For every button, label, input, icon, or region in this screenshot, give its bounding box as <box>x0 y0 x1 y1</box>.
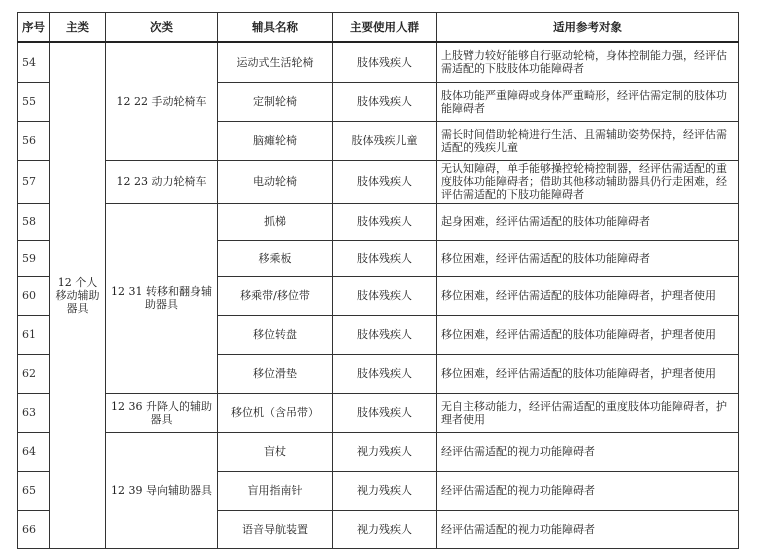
serial-cell: 55 <box>18 82 50 121</box>
sub-category-cell: 12 22 手动轮椅车 <box>106 42 218 160</box>
reference-cell: 移位困难，经评估需适配的肢体功能障碍者，护理者使用 <box>437 276 739 315</box>
user-group-cell: 肢体残疾人 <box>333 393 437 432</box>
reference-cell: 经评估需适配的视力功能障碍者 <box>437 471 739 510</box>
reference-cell: 需长时间借助轮椅进行生活、且需辅助姿势保持，经评估需适配的残疾儿童 <box>437 121 739 160</box>
table-row: 58 12 31 转移和翻身辅助器具 抓梯 肢体残疾人 起身困难，经评估需适配的… <box>18 203 739 240</box>
user-group-cell: 肢体残疾人 <box>333 160 437 203</box>
serial-cell: 60 <box>18 276 50 315</box>
reference-cell: 无自主移动能力，经评估需适配的重度肢体功能障碍者，护理者使用 <box>437 393 739 432</box>
sub-category-cell: 12 39 导向辅助器具 <box>106 432 218 548</box>
reference-cell: 移位困难，经评估需适配的肢体功能障碍者，护理者使用 <box>437 315 739 354</box>
reference-cell: 上肢臂力较好能够自行驱动轮椅，身体控制能力强，经评估需适配的下肢肢体功能障碍者 <box>437 42 739 82</box>
header-sub-category: 次类 <box>106 13 218 43</box>
table-header-row: 序号 主类 次类 辅具名称 主要使用人群 适用参考对象 <box>18 13 739 43</box>
device-name-cell: 电动轮椅 <box>218 160 333 203</box>
serial-cell: 61 <box>18 315 50 354</box>
user-group-cell: 肢体残疾人 <box>333 42 437 82</box>
user-group-cell: 肢体残疾人 <box>333 354 437 393</box>
serial-cell: 57 <box>18 160 50 203</box>
reference-cell: 经评估需适配的视力功能障碍者 <box>437 432 739 471</box>
device-name-cell: 脑瘫轮椅 <box>218 121 333 160</box>
device-name-cell: 语音导航装置 <box>218 510 333 548</box>
assistive-devices-table: 序号 主类 次类 辅具名称 主要使用人群 适用参考对象 54 12 个人移动辅助… <box>17 12 739 549</box>
header-serial: 序号 <box>18 13 50 43</box>
device-name-cell: 运动式生活轮椅 <box>218 42 333 82</box>
device-name-cell: 抓梯 <box>218 203 333 240</box>
serial-cell: 54 <box>18 42 50 82</box>
device-name-cell: 移位机（含吊带） <box>218 393 333 432</box>
user-group-cell: 肢体残疾人 <box>333 315 437 354</box>
user-group-cell: 肢体残疾儿童 <box>333 121 437 160</box>
serial-cell: 64 <box>18 432 50 471</box>
table-row: 63 12 36 升降人的辅助器具 移位机（含吊带） 肢体残疾人 无自主移动能力… <box>18 393 739 432</box>
header-device-name: 辅具名称 <box>218 13 333 43</box>
user-group-cell: 视力残疾人 <box>333 432 437 471</box>
user-group-cell: 肢体残疾人 <box>333 276 437 315</box>
reference-cell: 移位困难，经评估需适配的肢体功能障碍者，护理者使用 <box>437 354 739 393</box>
user-group-cell: 视力残疾人 <box>333 471 437 510</box>
serial-cell: 62 <box>18 354 50 393</box>
header-reference-target: 适用参考对象 <box>437 13 739 43</box>
serial-cell: 65 <box>18 471 50 510</box>
main-category-cell: 12 个人移动辅助器具 <box>50 42 106 548</box>
device-name-cell: 移乘带/移位带 <box>218 276 333 315</box>
device-name-cell: 定制轮椅 <box>218 82 333 121</box>
user-group-cell: 肢体残疾人 <box>333 203 437 240</box>
device-name-cell: 盲杖 <box>218 432 333 471</box>
header-user-group: 主要使用人群 <box>333 13 437 43</box>
reference-cell: 无认知障碍，单手能够操控轮椅控制器，经评估需适配的重度肢体功能障碍者；借助其他移… <box>437 160 739 203</box>
table-row: 54 12 个人移动辅助器具 12 22 手动轮椅车 运动式生活轮椅 肢体残疾人… <box>18 42 739 82</box>
serial-cell: 63 <box>18 393 50 432</box>
reference-cell: 起身困难，经评估需适配的肢体功能障碍者 <box>437 203 739 240</box>
serial-cell: 56 <box>18 121 50 160</box>
device-name-cell: 盲用指南针 <box>218 471 333 510</box>
serial-cell: 58 <box>18 203 50 240</box>
user-group-cell: 肢体残疾人 <box>333 240 437 276</box>
table-row: 64 12 39 导向辅助器具 盲杖 视力残疾人 经评估需适配的视力功能障碍者 <box>18 432 739 471</box>
device-name-cell: 移位转盘 <box>218 315 333 354</box>
sub-category-cell: 12 36 升降人的辅助器具 <box>106 393 218 432</box>
user-group-cell: 视力残疾人 <box>333 510 437 548</box>
user-group-cell: 肢体残疾人 <box>333 82 437 121</box>
reference-cell: 经评估需适配的视力功能障碍者 <box>437 510 739 548</box>
sub-category-cell: 12 23 动力轮椅车 <box>106 160 218 203</box>
serial-cell: 66 <box>18 510 50 548</box>
table-row: 57 12 23 动力轮椅车 电动轮椅 肢体残疾人 无认知障碍，单手能够操控轮椅… <box>18 160 739 203</box>
device-name-cell: 移位滑垫 <box>218 354 333 393</box>
reference-cell: 移位困难，经评估需适配的肢体功能障碍者 <box>437 240 739 276</box>
device-name-cell: 移乘板 <box>218 240 333 276</box>
sub-category-cell: 12 31 转移和翻身辅助器具 <box>106 203 218 393</box>
reference-cell: 肢体功能严重障碍或身体严重畸形，经评估需定制的肢体功能障碍者 <box>437 82 739 121</box>
serial-cell: 59 <box>18 240 50 276</box>
header-main-category: 主类 <box>50 13 106 43</box>
